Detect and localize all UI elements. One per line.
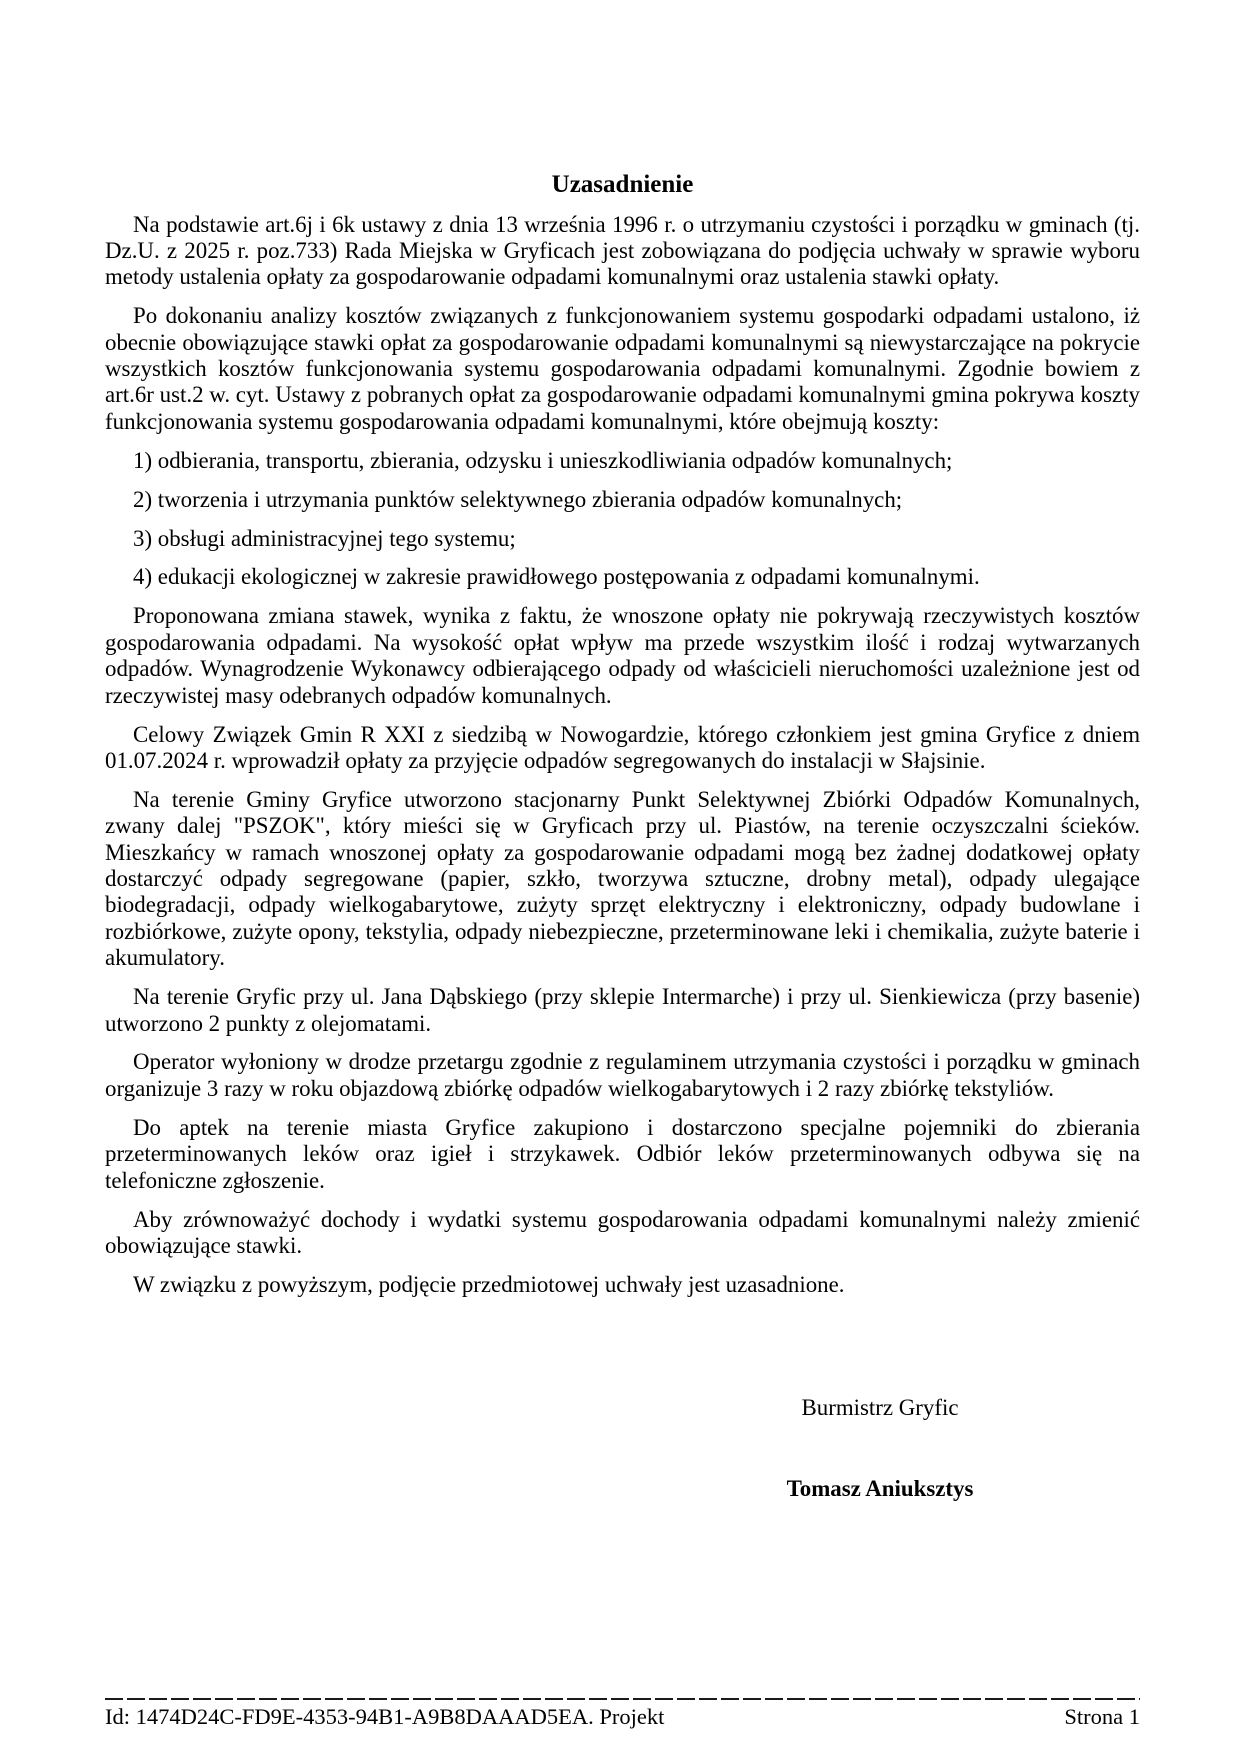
paragraph: Na terenie Gryfic przy ul. Jana Dąbskieg…	[105, 984, 1140, 1037]
document-page: Uzasadnienie Na podstawie art.6j i 6k us…	[0, 0, 1241, 1754]
paragraph: Do aptek na terenie miasta Gryfice zakup…	[105, 1115, 1140, 1194]
paragraph: W związku z powyższym, podjęcie przedmio…	[105, 1272, 1140, 1298]
signature-name: Tomasz Aniuksztys	[670, 1476, 1090, 1502]
paragraph: Proponowana zmiana stawek, wynika z fakt…	[105, 603, 1140, 709]
paragraph: Operator wyłoniony w drodze przetargu zg…	[105, 1049, 1140, 1102]
paragraph: Po dokonaniu analizy kosztów związanych …	[105, 303, 1140, 435]
list-item: 2) tworzenia i utrzymania punktów selekt…	[105, 487, 1140, 513]
footer-document-id: Id: 1474D24C-FD9E-4353-94B1-A9B8DAAAD5EA…	[105, 1704, 664, 1730]
page-footer: Id: 1474D24C-FD9E-4353-94B1-A9B8DAAAD5EA…	[105, 1698, 1140, 1730]
document-body: Na podstawie art.6j i 6k ustawy z dnia 1…	[105, 212, 1140, 1299]
paragraph: Celowy Związek Gmin R XXI z siedzibą w N…	[105, 722, 1140, 775]
list-item: 4) edukacji ekologicznej w zakresie praw…	[105, 564, 1140, 590]
paragraph: Aby zrównoważyć dochody i wydatki system…	[105, 1207, 1140, 1260]
paragraph: Na podstawie art.6j i 6k ustawy z dnia 1…	[105, 212, 1140, 291]
page-title: Uzasadnienie	[105, 170, 1140, 199]
list-item: 3) obsługi administracyjnej tego systemu…	[105, 526, 1140, 552]
footer-page-number: Strona 1	[1064, 1704, 1140, 1730]
list-item: 1) odbierania, transportu, zbierania, od…	[105, 448, 1140, 474]
signature-block: Burmistrz Gryfic Tomasz Aniuksztys	[670, 1395, 1090, 1502]
footer-row: Id: 1474D24C-FD9E-4353-94B1-A9B8DAAAD5EA…	[105, 1704, 1140, 1730]
signature-role: Burmistrz Gryfic	[670, 1395, 1090, 1421]
paragraph: Na terenie Gminy Gryfice utworzono stacj…	[105, 787, 1140, 972]
footer-divider	[105, 1698, 1140, 1700]
